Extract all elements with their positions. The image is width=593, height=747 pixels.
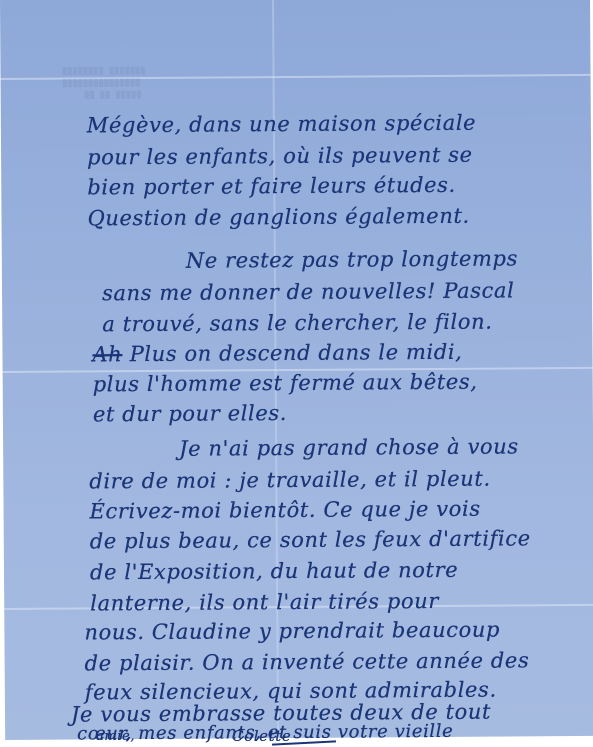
letter-line: lanterne, ils ont l'air tirés pour [90,589,439,615]
letter-line: Question de ganglions également. [87,204,469,231]
letter-line: Ne restez pas trop longtemps [186,246,518,272]
letter-line: bien porter et faire leurs études. [87,173,456,200]
letter-line: plus l'homme est fermé aux bêtes, [93,370,478,397]
crossed-out-word: Ah [92,342,122,366]
letter-line: Ah Plus on descend dans le midi, [92,340,462,367]
letter-line: de plaisir. On a inventé cette année des [85,648,530,675]
letter-line-text: Plus on descend dans le midi, [130,340,463,366]
letter-line: Mégève, dans une maison spéciale [87,111,476,138]
letter-line: pour les enfants, où ils peuvent se [87,143,473,170]
letterhead-line: ▒▒▒▒▒▒▒▒▒▒▒▒▒▒▒ [63,77,147,90]
letter-line: et dur pour elles. [93,401,287,426]
letter-line: sans me donner de nouvelles! Pascal [102,278,515,305]
letter-line: Écrivez-moi bientôt. Ce que je vois [89,497,480,524]
letterhead-embossed: ▒▒▒▒▒▒▒▒ ▒▒▒▒▒▒▒ ▒▒▒▒▒▒▒▒▒▒▒▒▒▒▒ ▒▒ ▒▒ ▒… [62,65,146,102]
letter-page: ▒▒▒▒▒▒▒▒ ▒▒▒▒▒▒▒ ▒▒▒▒▒▒▒▒▒▒▒▒▒▒▒ ▒▒ ▒▒ ▒… [0,0,593,740]
letter-line: a trouvé, sans le chercher, le filon. [102,310,492,337]
letter-line: de plus beau, ce sont les feux d'artific… [90,526,531,553]
letter-line: de l'Exposition, du haut de notre [90,558,458,585]
letterhead-line: ▒▒ ▒▒ ▒▒▒▒▒ [63,89,147,102]
letter-line: nous. Claudine y prendrait beaucoup [84,618,500,645]
closing-amie: amie, [96,729,135,744]
letter-line: dire de moi : je travaille, et il pleut. [89,467,491,494]
letterhead-line: ▒▒▒▒▒▒▒▒ ▒▒▒▒▒▒▒ [62,65,146,78]
letter-line: Je n'ai pas grand chose à vous [179,434,519,460]
